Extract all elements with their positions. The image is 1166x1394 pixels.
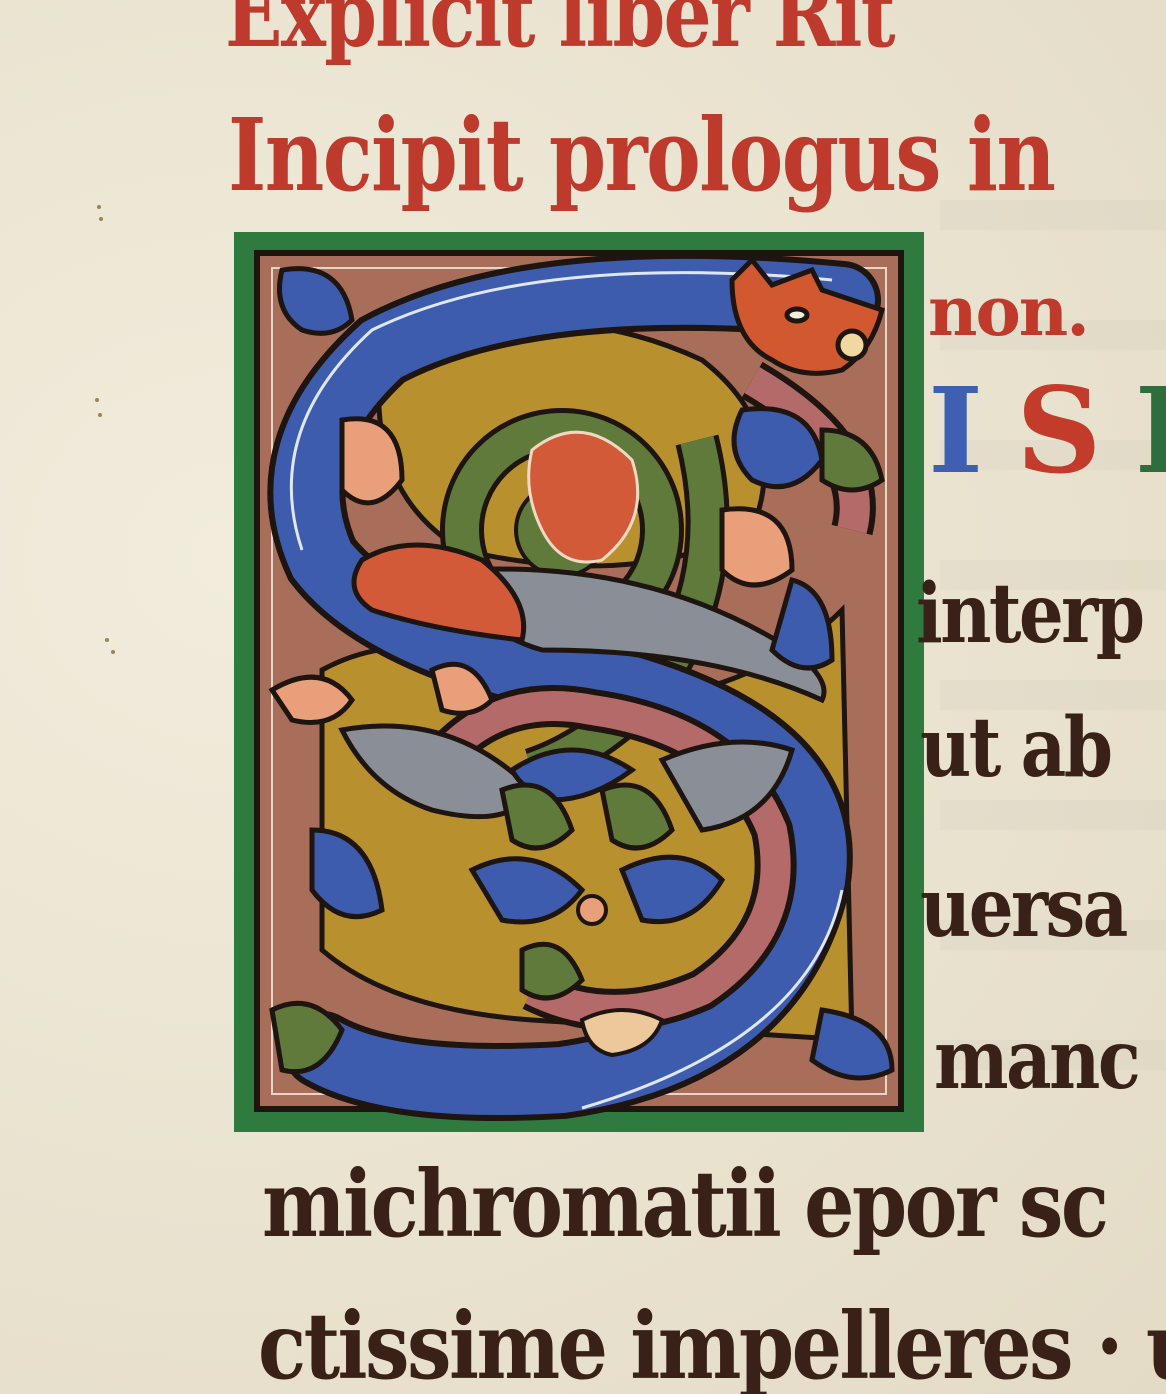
capital-i-blue: I xyxy=(928,372,979,490)
flower-bud xyxy=(578,896,606,924)
capital-e-green: E xyxy=(1135,372,1166,490)
text-line-1: interp xyxy=(916,566,1142,662)
capital-s-red: S xyxy=(1016,372,1097,490)
rubric-explicit: Explicit liber Rit xyxy=(225,0,894,68)
text-line-6: ctissime impelleres · u xyxy=(258,1292,1166,1394)
text-line-3: uersa xyxy=(920,860,1126,956)
text-line-4: manc xyxy=(934,1012,1138,1108)
display-capitals: I S E I xyxy=(928,372,1166,490)
text-line-5: michromatii epor sc xyxy=(262,1150,1106,1258)
rubric-non: non. xyxy=(928,272,1088,352)
illuminated-initial-s xyxy=(232,230,932,1138)
rubric-incipit: Incipit prologus in xyxy=(228,96,1054,214)
text-line-2: ut ab xyxy=(920,700,1111,796)
